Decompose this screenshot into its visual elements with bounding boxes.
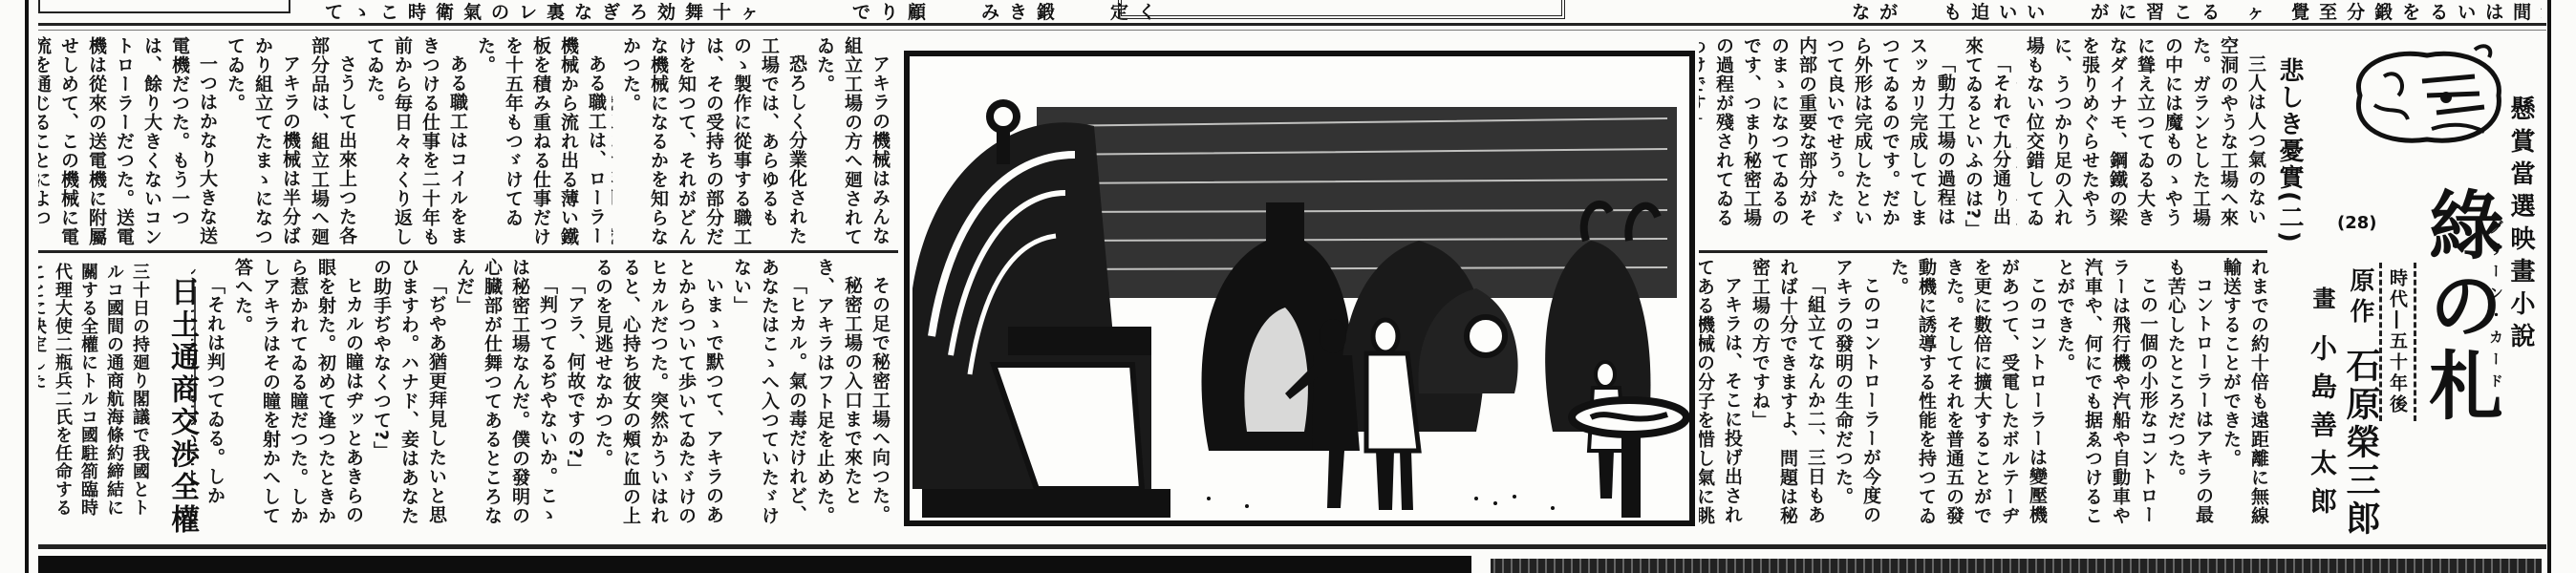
author-credit: 原作石原榮三郎 [2336, 267, 2385, 539]
top-fragment: でり顧 [852, 0, 935, 21]
mid-divider-right [1699, 250, 2267, 253]
article-column-lower-right: れまでの約十倍も遠距離に無線輸送することができた。 コントローラーはアキラの最も… [1699, 258, 2272, 525]
article-column-lower-left: その足で秘密工場へ向つた。 秘密工場の入口まで來たとき、アキラはフト足を止めた。… [191, 258, 893, 525]
illustrator-credit: 畫小島善太郎 [2303, 286, 2341, 525]
series-label: 懸賞當選映畫小說 [2503, 95, 2539, 355]
paragraph: ある職工は十年間も鐵板に穴をあける仕事ばかりしてゐた。 [612, 36, 616, 246]
illustrator-name: 小島善太郎 [2307, 334, 2338, 525]
paragraph: 「組立てなんか二、三日もあれば十分できますよ、問題は秘密工場の方ですね」 [1746, 258, 1829, 525]
bottom-dark-banner [38, 556, 1471, 573]
article-column-upper-left-c: アキラの機械は半分ばかり組立てたまゝになつてゐた。 一つはかなり大きな送電機だつ… [38, 36, 304, 246]
top-fragment: も迫いい [1943, 0, 2054, 21]
paragraph: 「ぢやあ猶更拜見したいと思ひますわ。ハナド、妾はあなたの助手ぢやなくつて?」 [367, 258, 450, 525]
paragraph: 恐ろしく分業化された工場では、あらゆるものゝ製作に從事する職工は、その受持ちの部… [616, 36, 810, 246]
episode-number: (28) [2337, 213, 2377, 233]
paragraph: 一つはかなり大きな送電機だつた。もう一つは、餘り大きくないコントローラーだつた。… [38, 36, 221, 246]
top-rule [38, 23, 2546, 26]
title-ruby: グリーン・カード [2486, 220, 2506, 395]
top-fragment: ヶ [2246, 0, 2274, 21]
paragraph: 「動力工場の過程はスッカリ完成してしまつてゐるのです。だから外形は完成したといつ… [1699, 36, 1959, 244]
paragraph: 「それで九分通り出來てゐるといふのは?」 [1959, 36, 2014, 244]
factory-illustration [903, 50, 1696, 527]
top-fragment: なが [1852, 0, 1907, 21]
illustrator-role: 畫 [2306, 286, 2339, 315]
author-name: 石原榮三郎 [2341, 348, 2380, 539]
left-border [25, 0, 29, 573]
paragraph: ある職工はコイルをまきつける仕事を二十年も前から毎日々々くり返してゐた。 [360, 36, 471, 246]
top-fragment: がに習こる [2091, 0, 2229, 21]
paragraph: アキラの機械はみんな組立工場の方へ廻されてゐた。 [810, 36, 893, 246]
paragraph: ヒカルの瞳はヂッとあきらの眼を射た。初めて逢つたときから惹かれてゐる瞳だつた。し… [228, 258, 367, 525]
paragraph: アキラの機械は半分ばかり組立てたまゝになつてゐた。 [221, 36, 304, 246]
paragraph: 秘密工場の入口まで來たとき、アキラはフト足を止めた。 [810, 258, 866, 525]
news-body-text: 三十日の持廻り閣議で我國とトルコ國間の通商航海條約締結に關する全權にトルコ國駐箚… [38, 263, 153, 525]
paragraph: このコントローラーが今度のアキラの發明の生命だつた。 [1829, 258, 1884, 525]
chapter-heading: 悲しき憂實(二) [2272, 57, 2308, 244]
article-column-upper-left-a: アキラの機械はみんな組立工場の方へ廻されてゐた。 恐ろしく分業化された工場では、… [612, 36, 893, 246]
paragraph: アキラは、そこに投げ出されてある機械の分子を惜し氣に眺めながら誰にともなくいつた… [1699, 258, 1746, 525]
top-rule-2 [38, 30, 2546, 31]
top-fragment: みき鍛 [981, 0, 1064, 21]
paragraph: ある職工は、ローラー機械から流れ出る薄い鐵板を積み重ねる仕事だけを十五年もつゞけ… [471, 36, 610, 246]
news-headline: 日土通商交渉全權 [161, 277, 203, 537]
crest-logo-icon [2331, 38, 2522, 153]
author-role: 原作 [2343, 267, 2378, 329]
paragraph: 三人は人つ氣のない空洞のやうな工場へ來た。ガランとした工場の中には魔ものゝやうに… [2016, 36, 2269, 244]
article-column-upper-left-b: ある職工は、ローラー機械から流れ出る薄い鐵板を積み重ねる仕事だけを十五年もつゞけ… [306, 36, 610, 246]
paragraph: 「判つてるぢやないか。こゝは秘密工場なんだ。僕の發明の心臓部が仕舞つてあるところ… [450, 258, 561, 525]
article-column-upper-right: 三人は人つ氣のない空洞のやうな工場へ來た。ガランとした工場の中には魔ものゝやうに… [2016, 36, 2269, 244]
paragraph: さうして出來上つた各部分品は、組立工場へ廻附される。 [306, 36, 360, 246]
top-fragment: てゝこ時衛氣のレ裏なぎろ効舞十ヶ [325, 0, 768, 21]
top-box-center [1118, 0, 1565, 19]
paragraph: 「アラ、何故ですの?」 [561, 258, 589, 525]
news-body: 三十日の持廻り閣議で我國とトルコ國間の通商航海條約締結に關する全權にトルコ國駐箚… [38, 263, 153, 525]
paragraph: 「ヒカル。氣の毒だけれど、あなたはこゝへ入つていたゞけない」 [727, 258, 810, 525]
paragraph: この一個の小形なコントローラーは飛行機や汽船や自動車や汽車や、何にでも据ゑつける… [2050, 258, 2161, 525]
paragraph: このコントローラーは變壓機があつて、受電したボルテーヂを更に數倍に擴大することが… [1884, 258, 2050, 525]
paragraph: コントローラーはアキラの最も苦心したところだつた。 [2161, 258, 2217, 525]
bottom-headline-strip [1491, 559, 2542, 573]
paragraph: いまゝで默つて、アキラのあとからついて歩いてゐたゞけのヒカルだつた。突然かういは… [589, 258, 727, 525]
article-column-upper-mid: 「それで九分通り出來てゐるといふのは?」 「動力工場の過程はスッカリ完成してしま… [1699, 36, 2014, 244]
top-fragment: 覺至分鍛をるいは間鑑太ロれ [2291, 0, 2542, 21]
newspaper-page: てゝこ時衛氣のレ裏なぎろ効舞十ヶ でり顧 みき鍛 定く なが も迫いい がに習こ… [0, 0, 2576, 573]
mid-divider-left [38, 250, 898, 253]
top-box-left [38, 0, 290, 13]
bottom-rule [38, 544, 2546, 549]
paragraph: れまでの約十倍も遠距離に無線輸送することができた。 [2217, 258, 2272, 525]
right-border [2547, 0, 2551, 573]
paragraph: その足で秘密工場へ向つた。 [866, 258, 893, 525]
